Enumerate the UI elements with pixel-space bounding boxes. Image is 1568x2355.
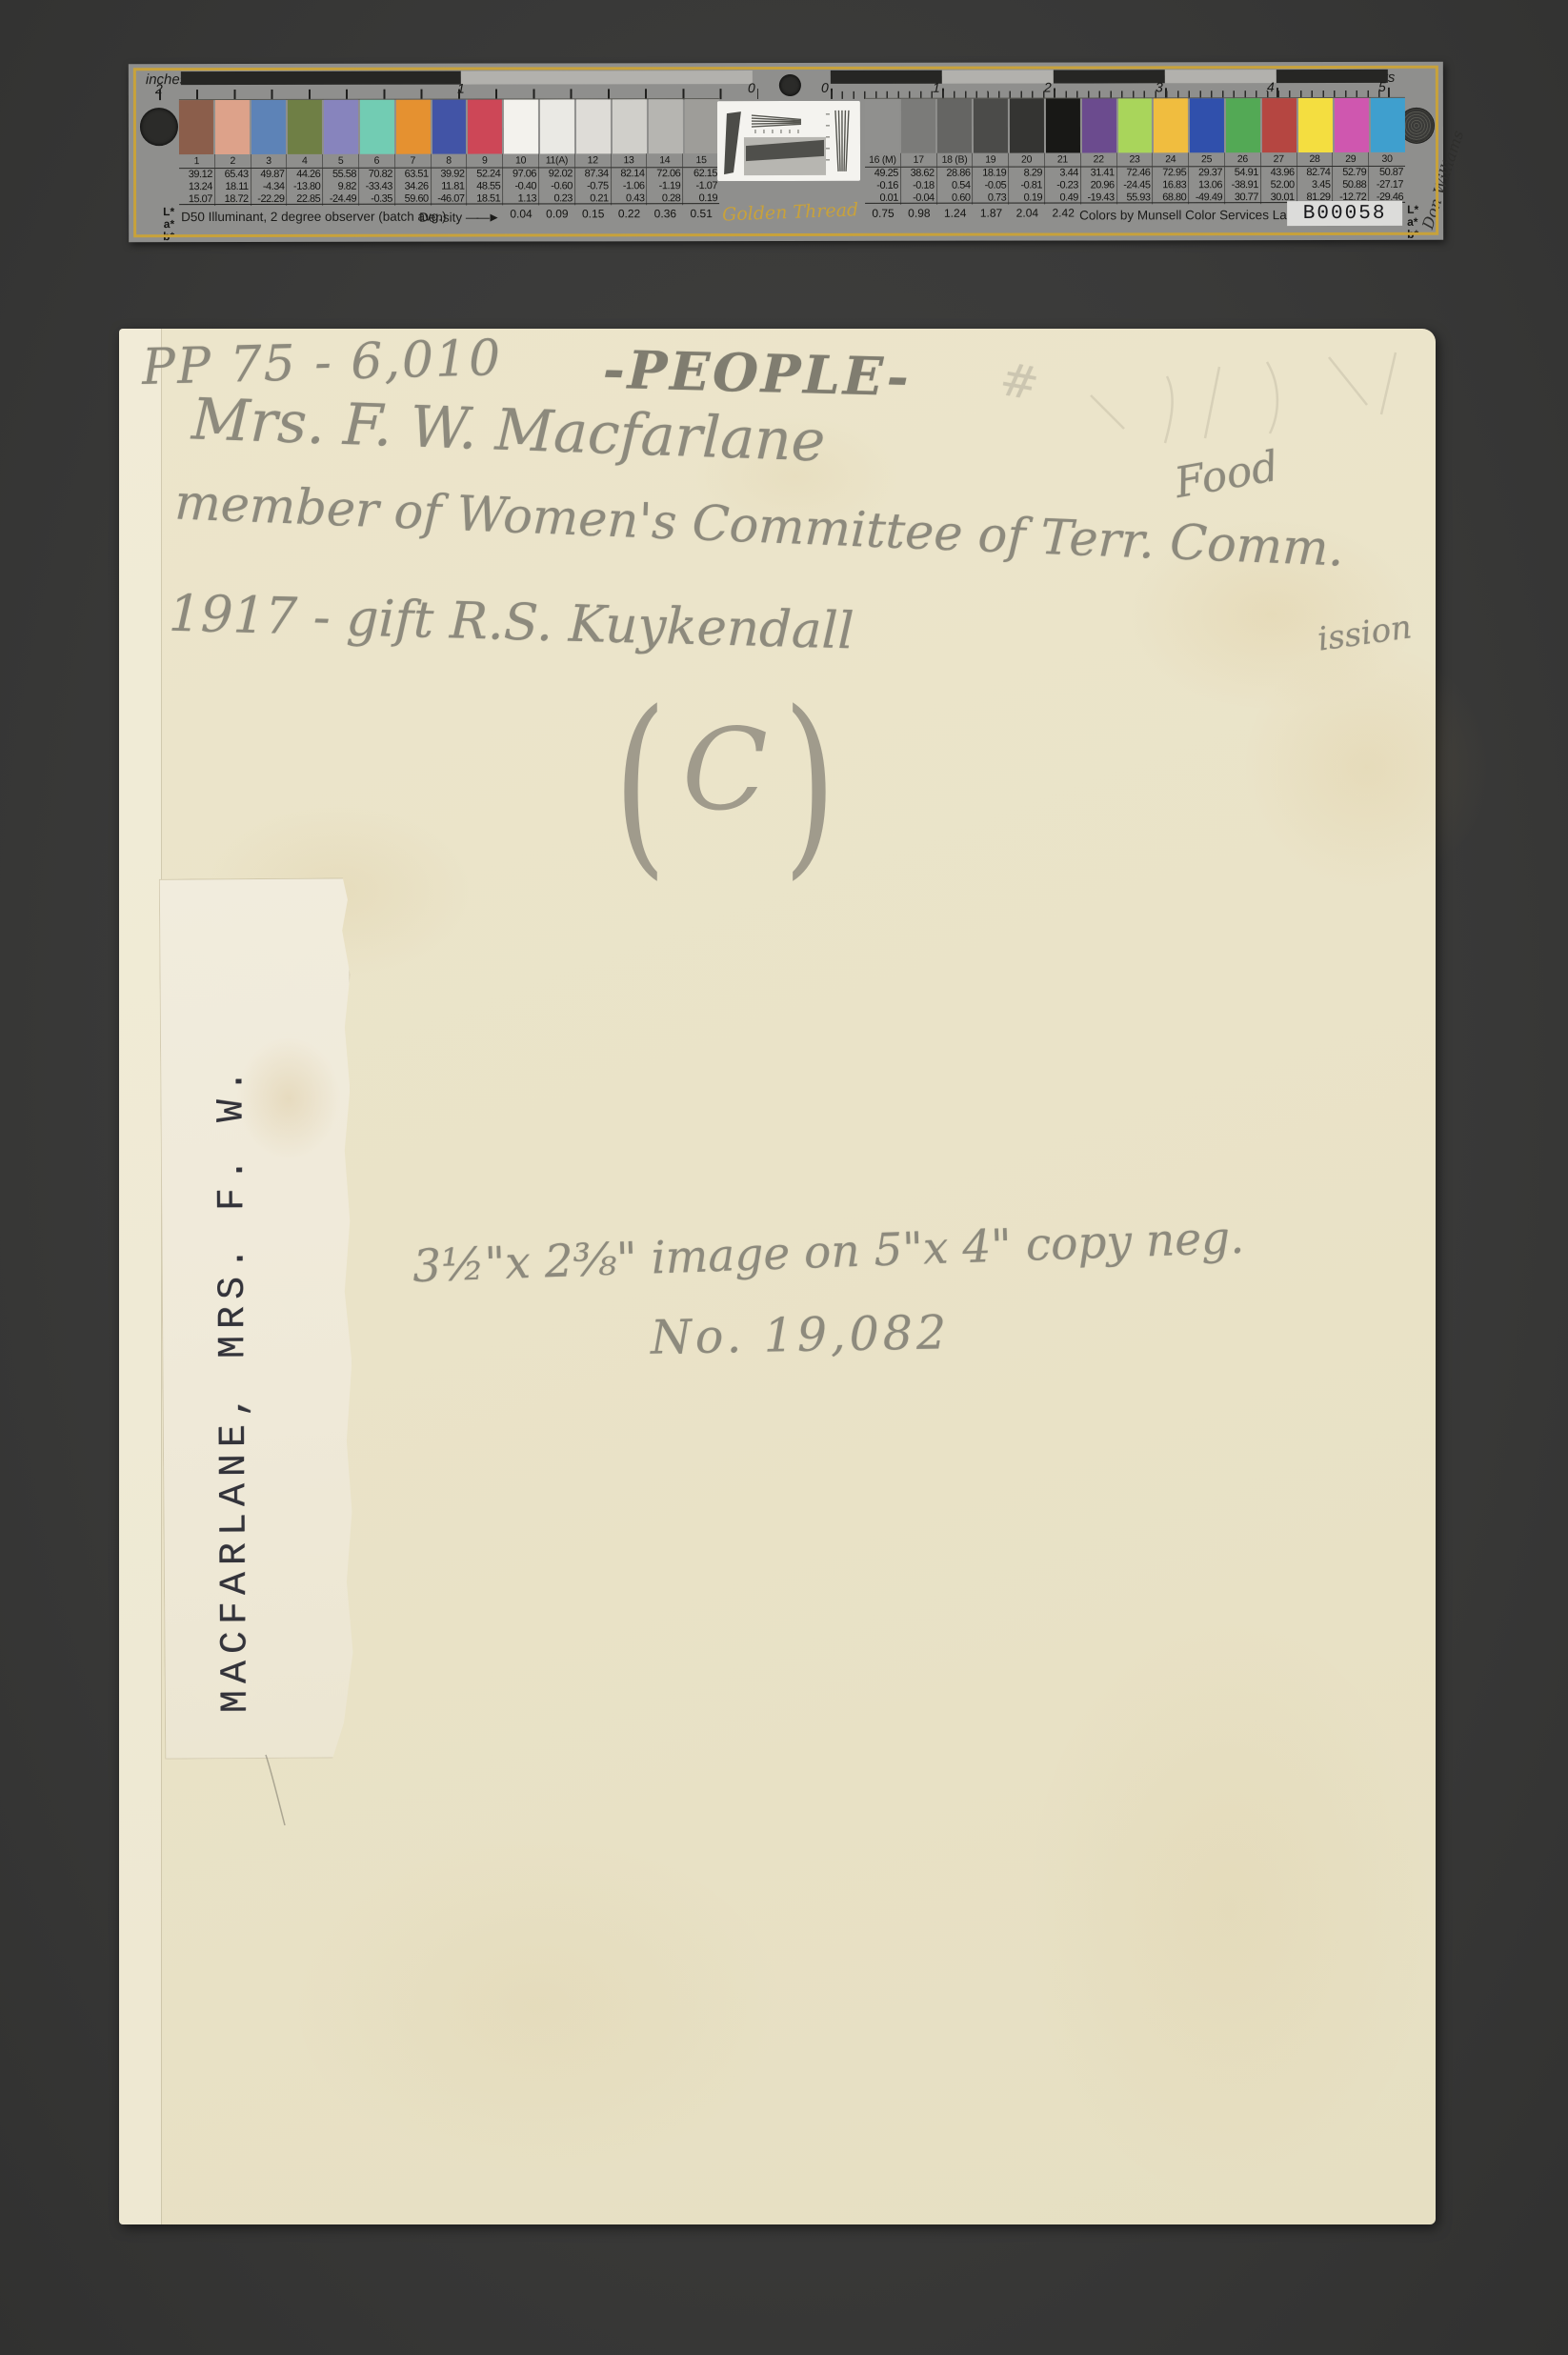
ruler-segment <box>942 70 1054 84</box>
lab-value-L: 72.06 <box>647 168 683 180</box>
category-heading: -PEOPLE- <box>602 338 912 408</box>
color-patch-5 <box>324 100 358 154</box>
color-patch-7 <box>395 100 430 154</box>
color-calibration-target: inches centimeters 2 1 0 0 1 2 3 4 5 123… <box>129 62 1443 242</box>
copyright-mark: ( C ) <box>588 679 862 889</box>
lab-value-L: 28.86 <box>937 168 974 180</box>
patch-number: 13 <box>612 153 648 167</box>
patch-number: 4 <box>287 154 323 168</box>
lab-value-a: 34.26 <box>395 181 432 193</box>
lab-value-a: -0.16 <box>865 180 901 192</box>
munsell-credit: Colors by Munsell Color Services Lab <box>1079 208 1294 222</box>
lab-value-L: 72.46 <box>1117 167 1154 179</box>
density-value: 0.36 <box>647 207 683 220</box>
patch-number: 14 <box>647 153 683 167</box>
faint-hash-mark: # <box>995 352 1042 412</box>
typed-label-text: MACFARLANE, MRS. F. W. <box>210 951 258 1713</box>
ruler-segment <box>1165 70 1277 83</box>
lab-value-a: -0.40 <box>503 180 539 192</box>
patch-number: 25 <box>1189 152 1225 166</box>
lab-value-a: -0.18 <box>901 180 937 192</box>
color-patch-19 <box>974 99 1008 153</box>
patch-number: 26 <box>1225 152 1261 166</box>
color-patch-16 (M) <box>865 99 899 153</box>
patch-number: 28 <box>1297 152 1334 166</box>
lab-value-L: 29.37 <box>1189 167 1225 179</box>
row-label-b: b* <box>153 230 174 243</box>
color-patch-14 <box>649 99 683 153</box>
patch-number: 3 <box>251 154 288 168</box>
color-patch-9 <box>468 100 502 154</box>
patch-number: 22 <box>1081 152 1117 166</box>
color-patch-23 <box>1117 98 1152 152</box>
patch-number: 2 <box>215 154 251 168</box>
patch-number: 21 <box>1045 152 1081 166</box>
lab-value-L: 39.12 <box>179 169 215 181</box>
card-edge-band <box>119 329 161 2224</box>
density-value: 0.09 <box>539 207 575 220</box>
row-label-b: b* <box>1407 228 1428 241</box>
lab-value-L: 50.87 <box>1369 167 1405 179</box>
photo-card-verso: PP 75 - 6,010 -PEOPLE- # Mrs. F. W. Macf… <box>119 329 1436 2224</box>
stray-pencil-line <box>252 1753 310 1829</box>
density-value: 0.04 <box>503 207 539 220</box>
patch-number: 15 <box>683 153 719 167</box>
lab-value-a: -0.23 <box>1045 179 1081 191</box>
color-patch-21 <box>1046 98 1080 152</box>
density-value: 1.87 <box>974 207 1010 220</box>
density-label: Density ——► <box>419 211 498 225</box>
lab-value-L: 52.24 <box>467 169 503 181</box>
color-patch-10 <box>504 99 538 153</box>
color-patch-24 <box>1154 98 1188 152</box>
lab-value-a: 48.55 <box>467 181 503 193</box>
lab-value-a: 0.54 <box>937 180 974 192</box>
row-label-L: L* <box>153 205 174 218</box>
lab-value-L: 8.29 <box>1009 168 1045 180</box>
color-patch-18 (B) <box>937 99 972 153</box>
lab-value-a: -13.80 <box>287 181 323 193</box>
color-patch-13 <box>613 99 647 153</box>
role-inserted-word: Food <box>1171 442 1281 508</box>
lab-value-a: -33.43 <box>359 181 395 193</box>
density-value: 0.98 <box>901 207 937 220</box>
lab-value-a: 18.11 <box>215 181 251 193</box>
patch-number: 30 <box>1369 152 1405 166</box>
lab-value-L: 87.34 <box>575 168 612 180</box>
color-patch-20 <box>1010 99 1044 153</box>
lab-value-a: 3.45 <box>1297 179 1334 191</box>
typed-catalog-label: MACFARLANE, MRS. F. W. <box>159 877 355 1759</box>
lab-value-a: 13.06 <box>1189 179 1225 191</box>
density-value: 0.15 <box>575 207 612 220</box>
lab-value-L: 82.74 <box>1297 167 1334 179</box>
lab-value-L: 3.44 <box>1045 167 1081 179</box>
patch-number: 18 (B) <box>937 153 974 167</box>
don-williams-signature: Don Williams <box>1418 129 1467 231</box>
color-patch-8 <box>432 100 466 154</box>
patch-number: 7 <box>395 154 432 168</box>
ruler-segment <box>831 70 942 84</box>
lab-value-L: 92.02 <box>539 168 575 180</box>
density-value: 0.22 <box>612 207 648 220</box>
gift-credit-line: 1917 - gift R.S. Kuykendall <box>168 585 854 661</box>
patch-number: 8 <box>432 154 468 168</box>
negative-number: No. 19,082 <box>651 1305 951 1364</box>
lab-value-a: -1.19 <box>647 180 683 192</box>
color-patch-28 <box>1298 98 1333 152</box>
punch-hole-left-icon <box>140 108 178 146</box>
lab-value-a: 13.24 <box>179 181 215 193</box>
color-patch-4 <box>288 100 322 154</box>
lab-value-L: 63.51 <box>395 169 432 181</box>
patch-number: 1 <box>179 154 215 168</box>
density-row: 0.040.090.150.220.360.51 <box>503 207 719 220</box>
lab-value-a: -0.60 <box>539 180 575 192</box>
row-label-a: a* <box>153 217 174 231</box>
color-patch-26 <box>1226 98 1260 152</box>
lab-value-a: 52.00 <box>1261 179 1297 191</box>
lab-value-L: 31.41 <box>1081 167 1117 179</box>
patch-number: 9 <box>467 154 503 168</box>
lab-value-L: 38.62 <box>901 168 937 180</box>
color-patch-15 <box>685 99 719 153</box>
lab-value-a: 11.81 <box>432 181 468 193</box>
lab-value-L: 52.79 <box>1333 167 1369 179</box>
patch-number: 11(A) <box>539 153 575 167</box>
image-size-note: 3½"x 2⅜" image on 5"x 4" copy neg. <box>412 1212 1245 1293</box>
patch-number: 10 <box>503 153 539 167</box>
lab-value-a: 16.83 <box>1153 179 1189 191</box>
color-patch-27 <box>1262 98 1297 152</box>
color-patch-12 <box>576 99 611 153</box>
color-patch-3 <box>251 100 286 154</box>
patch-group-right: 16 (M)1718 (B)19202122232425262728293049… <box>865 97 1405 205</box>
lab-value-a: 50.88 <box>1333 179 1369 191</box>
paren-left: ( <box>613 687 667 882</box>
patch-number: 16 (M) <box>865 153 901 167</box>
lab-value-a: -4.34 <box>251 181 288 193</box>
lab-value-a: -1.06 <box>612 180 648 192</box>
patch-number: 17 <box>901 153 937 167</box>
color-patch-11(A) <box>540 99 574 153</box>
density-value: 2.42 <box>1045 206 1081 219</box>
patch-number: 20 <box>1009 153 1045 167</box>
color-patch-30 <box>1371 98 1405 152</box>
density-arrow-icon: ——► <box>466 211 498 225</box>
ruler-segment <box>1054 70 1165 83</box>
role-continuation: ission <box>1316 608 1415 658</box>
color-patch-6 <box>360 100 394 154</box>
color-patch-2 <box>215 100 250 154</box>
ruler-segment <box>461 70 753 85</box>
lab-value-L: 97.06 <box>503 168 539 180</box>
density-value: 2.04 <box>1009 207 1045 220</box>
resolution-target-icon <box>717 101 860 181</box>
lab-value-L: 54.91 <box>1225 167 1261 179</box>
patch-group-left: 1234567891011(A)1213141539.1265.4349.874… <box>179 98 719 206</box>
color-patch-22 <box>1081 98 1116 152</box>
lab-value-L: 65.43 <box>215 169 251 181</box>
archival-scan: inches centimeters 2 1 0 0 1 2 3 4 5 123… <box>0 0 1568 2355</box>
patch-number: 23 <box>1117 152 1154 166</box>
illuminant-note: D50 Illuminant, 2 degree observer (batch… <box>181 210 446 224</box>
lab-value-L: 82.14 <box>612 168 648 180</box>
lab-value-L: 39.92 <box>432 169 468 181</box>
lab-value-L: 55.58 <box>323 169 359 181</box>
lab-value-L: 49.87 <box>251 169 288 181</box>
ruler-segment <box>181 71 461 86</box>
subject-role: member of Women's Committee of Terr. Com… <box>173 474 1345 577</box>
lab-value-a: 20.96 <box>1081 179 1117 191</box>
patch-number: 29 <box>1333 152 1369 166</box>
density-value: 1.24 <box>937 207 974 220</box>
lab-value-L: 72.95 <box>1153 167 1189 179</box>
patch-number: 5 <box>323 154 359 168</box>
lab-value-a: -27.17 <box>1369 179 1405 191</box>
lab-value-a: -38.91 <box>1225 179 1261 191</box>
lab-value-L: 70.82 <box>359 169 395 181</box>
color-patch-29 <box>1335 98 1369 152</box>
patch-number: 12 <box>575 153 612 167</box>
lab-value-L: 43.96 <box>1261 167 1297 179</box>
punch-hole-center-icon <box>779 74 801 96</box>
color-patch-17 <box>901 99 935 153</box>
patch-number: 27 <box>1261 152 1297 166</box>
lab-value-L: 18.19 <box>973 168 1009 180</box>
lab-value-a: -1.07 <box>683 180 719 192</box>
stain <box>1024 1615 1434 2205</box>
lab-value-a: -24.45 <box>1117 179 1154 191</box>
paren-right: ) <box>783 687 836 882</box>
color-patch-1 <box>179 100 213 154</box>
ruler-segment <box>1277 70 1388 83</box>
cm-tick-label: 0 <box>818 80 832 95</box>
lab-value-L: 44.26 <box>287 169 323 181</box>
lab-value-L: 62.15 <box>683 168 719 180</box>
patch-number: 19 <box>973 153 1009 167</box>
stain <box>1243 643 1491 891</box>
brand-script: Golden Thread <box>712 199 870 226</box>
patch-number: 6 <box>359 154 395 168</box>
lab-value-L: 49.25 <box>865 168 901 180</box>
lab-value-a: -0.05 <box>973 180 1009 192</box>
patch-number: 24 <box>1153 152 1189 166</box>
color-patch-25 <box>1190 98 1224 152</box>
lab-value-a: -0.81 <box>1009 180 1045 192</box>
density-row: 0.750.981.241.872.042.42 <box>865 206 1081 219</box>
copyright-letter: C <box>682 714 768 826</box>
serial-number-label: B00058 <box>1287 201 1402 226</box>
stain <box>291 1834 786 2177</box>
density-value: 0.75 <box>865 207 901 220</box>
lab-value-a: 9.82 <box>323 181 359 193</box>
lab-value-a: -0.75 <box>575 180 612 192</box>
